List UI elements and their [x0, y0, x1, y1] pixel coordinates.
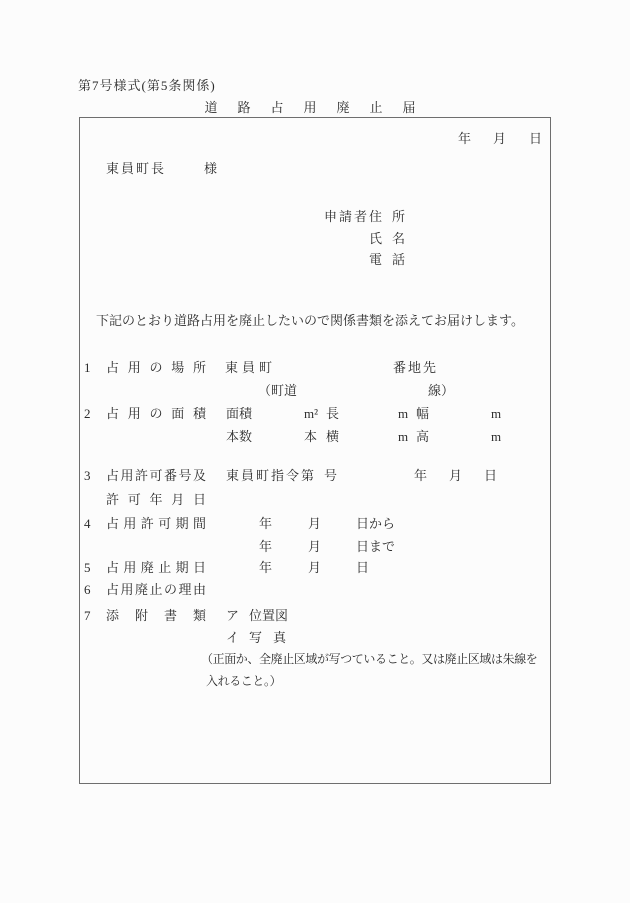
item-3-label-line2: 許可年月日 — [106, 493, 206, 507]
item-3-month-label: 月 — [449, 469, 462, 483]
item-3-day-label: 日 — [484, 469, 497, 483]
date-year-label: 年 — [458, 132, 471, 146]
applicant-field-address-label: 住所 — [369, 210, 405, 224]
item-3-label: 占用許可番号及 — [106, 469, 206, 483]
item-4-to-month-label: 月 — [308, 540, 321, 554]
item-2-width-label: 幅 — [416, 407, 429, 421]
item-7-attach-a-text: 位置図 — [249, 609, 288, 623]
item-4-from-year-label: 年 — [259, 517, 272, 531]
item-4-to-year-label: 年 — [259, 540, 272, 554]
applicant-label: 申請者 — [324, 210, 369, 224]
item-7-label: 添附書類 — [106, 609, 206, 623]
form-number: 第7号様式(第5条関係) — [78, 79, 216, 93]
item-2-horiz-label: 横 — [326, 430, 339, 444]
item-5-label: 占用廃止期日 — [106, 561, 206, 575]
item-5-year-label: 年 — [259, 561, 272, 575]
item-2-horiz-unit: m — [398, 430, 408, 444]
item-7-attach-b-mark: イ — [226, 631, 239, 645]
item-1-number: 1 — [84, 361, 91, 375]
item-2-area-label: 面積 — [226, 407, 252, 421]
item-1-town: 東員町 — [225, 361, 276, 375]
item-1-road-prefix: （町道 — [258, 384, 297, 398]
item-2-count-unit: 本 — [304, 430, 317, 444]
item-5-number: 5 — [84, 561, 91, 575]
item-4-to-day-label: 日まで — [356, 540, 395, 554]
document-page: 第7号様式(第5条関係) 道路占用廃止届 年 月 日 東員町長 様 申請者 住所… — [0, 0, 630, 903]
item-3-number-unit: 号 — [324, 469, 337, 483]
item-3-year-label: 年 — [414, 469, 427, 483]
item-7-note-line1: （正面か、全廃止区域が写つていること。又は廃止区域は朱線を — [201, 652, 537, 666]
item-1-banchi-label: 番地先 — [393, 361, 438, 375]
item-7-number: 7 — [84, 609, 91, 623]
applicant-field-name-label: 氏名 — [369, 232, 405, 246]
intro-sentence: 下記のとおり道路占用を廃止したいので関係書類を添えてお届けします。 — [96, 314, 524, 328]
item-6-number: 6 — [84, 583, 91, 597]
item-2-width-unit: m — [491, 407, 501, 421]
item-2-length-label: 長 — [326, 407, 339, 421]
item-1-road-suffix: 線） — [428, 384, 454, 398]
item-1-label: 占用の場所 — [106, 361, 206, 375]
form-border-box: 年 月 日 東員町長 様 申請者 住所 氏名 電話 下記のとおり道路占用を廃止し… — [79, 117, 551, 784]
addressee-name: 東員町長 — [106, 162, 166, 176]
item-2-count-label: 本数 — [226, 430, 252, 444]
item-7-note-line2: 入れること。） — [206, 674, 281, 688]
date-month-label: 月 — [493, 132, 506, 146]
item-4-number: 4 — [84, 517, 91, 531]
item-3-number: 3 — [84, 469, 91, 483]
item-4-from-month-label: 月 — [308, 517, 321, 531]
item-5-month-label: 月 — [308, 561, 321, 575]
addressee-honorific: 様 — [204, 162, 217, 176]
item-4-label: 占用許可期間 — [106, 517, 206, 531]
item-2-number: 2 — [84, 407, 91, 421]
item-2-length-unit: m — [398, 407, 408, 421]
item-3-directive-label: 東員町指令第 — [226, 469, 316, 483]
item-7-attach-b-text: 写真 — [249, 631, 286, 645]
item-7-attach-a-mark: ア — [226, 609, 239, 623]
item-6-label: 占用廃止の理由 — [106, 583, 206, 597]
item-5-day-label: 日 — [356, 561, 369, 575]
item-2-label: 占用の面積 — [106, 407, 206, 421]
item-2-area-unit: m² — [304, 407, 318, 421]
item-4-from-day-label: 日から — [356, 517, 395, 531]
date-day-label: 日 — [529, 132, 542, 146]
item-2-height-label: 高 — [416, 430, 429, 444]
item-2-height-unit: m — [491, 430, 501, 444]
applicant-field-phone-label: 電話 — [369, 253, 405, 267]
form-title: 道路占用廃止届 — [79, 100, 551, 115]
